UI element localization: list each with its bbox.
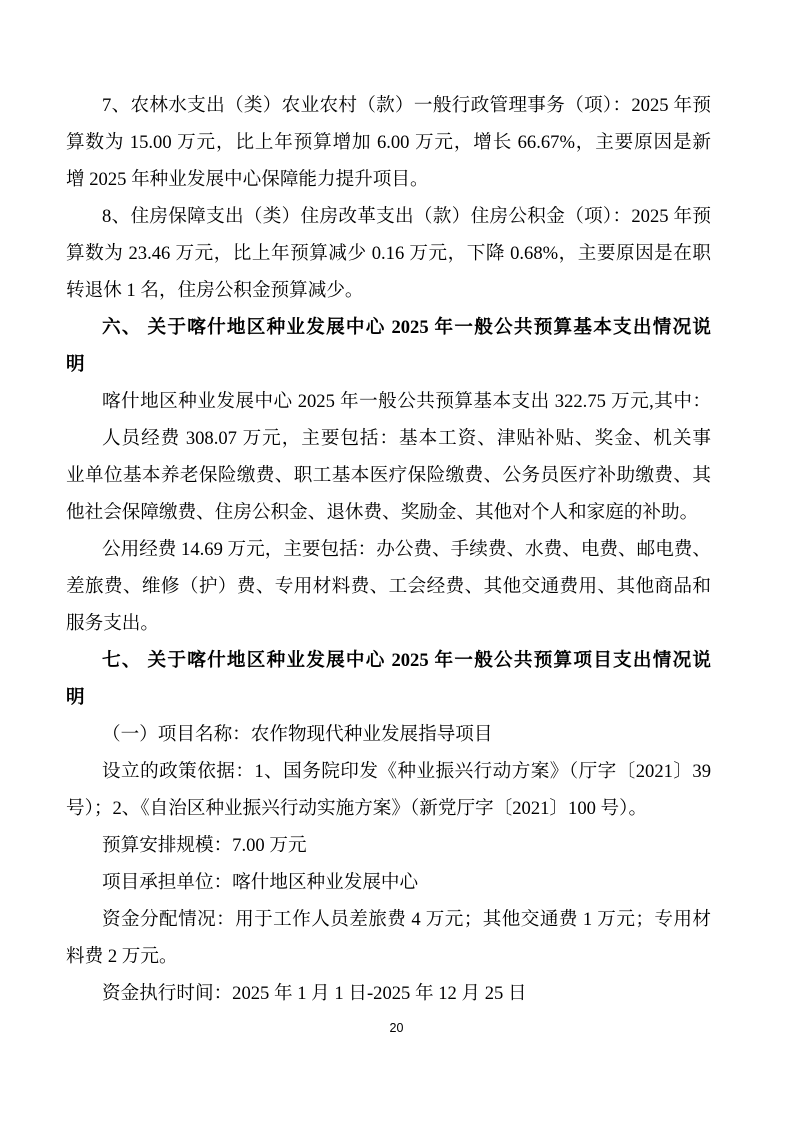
paragraph: 喀什地区种业发展中心 2025 年一般公共预算基本支出 322.75 万元,其中… [66, 383, 711, 420]
text-line: 算数为 15.00 万元，比上年预算增加 6.00 万元，增长 66.67%，主… [66, 124, 711, 161]
text-line: 他社会保障缴费、住房公积金、退休费、奖励金、其他对个人和家庭的补助。 [66, 494, 711, 531]
text-line: 明 [66, 346, 711, 383]
text-line: 8、住房保障支出（类）住房改革支出（款）住房公积金（项）：2025 年预 [66, 198, 711, 235]
text-line: 号）；2、《自治区种业振兴行动实施方案》（新党厅字〔2021〕100 号）。 [66, 790, 711, 827]
text-line: 转退休 1 名，住房公积金预算减少。 [66, 272, 711, 309]
text-line: 业单位基本养老保险缴费、职工基本医疗保险缴费、公务员医疗补助缴费、其 [66, 457, 711, 494]
text-line: 增 2025 年种业发展中心保障能力提升项目。 [66, 161, 711, 198]
paragraph: （一）项目名称：农作物现代种业发展指导项目 [66, 716, 711, 753]
text-line: 设立的政策依据：1、国务院印发《种业振兴行动方案》（厅字〔2021〕39 [66, 753, 711, 790]
text-line: 明 [66, 679, 711, 716]
text-line: 服务支出。 [66, 605, 711, 642]
text-line: 项目承担单位：喀什地区种业发展中心 [66, 864, 711, 901]
text-line: 预算安排规模：7.00 万元 [66, 827, 711, 864]
text-line: 差旅费、维修（护）费、专用材料费、工会经费、其他交通费用、其他商品和 [66, 568, 711, 605]
section-heading: 六、 关于喀什地区种业发展中心 2025 年一般公共预算基本支出情况说明 [66, 309, 711, 383]
page-number: 20 [0, 1020, 793, 1036]
text-line: 7、农林水支出（类）农业农村（款）一般行政管理事务（项）：2025 年预 [66, 87, 711, 124]
paragraph: 公用经费 14.69 万元，主要包括：办公费、手续费、水费、电费、邮电费、差旅费… [66, 531, 711, 642]
paragraph: 资金分配情况：用于工作人员差旅费 4 万元；其他交通费 1 万元；专用材料费 2… [66, 901, 711, 975]
paragraph: 人员经费 308.07 万元，主要包括：基本工资、津贴补贴、奖金、机关事业单位基… [66, 420, 711, 531]
text-line: 资金分配情况：用于工作人员差旅费 4 万元；其他交通费 1 万元；专用材 [66, 901, 711, 938]
text-line: 六、 关于喀什地区种业发展中心 2025 年一般公共预算基本支出情况说 [66, 309, 711, 346]
paragraph: 设立的政策依据：1、国务院印发《种业振兴行动方案》（厅字〔2021〕39号）；2… [66, 753, 711, 827]
text-line: 资金执行时间：2025 年 1 月 1 日-2025 年 12 月 25 日 [66, 975, 711, 1012]
text-line: （一）项目名称：农作物现代种业发展指导项目 [66, 716, 711, 753]
paragraph: 7、农林水支出（类）农业农村（款）一般行政管理事务（项）：2025 年预算数为 … [66, 87, 711, 198]
text-line: 七、 关于喀什地区种业发展中心 2025 年一般公共预算项目支出情况说 [66, 642, 711, 679]
section-heading: 七、 关于喀什地区种业发展中心 2025 年一般公共预算项目支出情况说明 [66, 642, 711, 716]
document-page: 7、农林水支出（类）农业农村（款）一般行政管理事务（项）：2025 年预算数为 … [0, 0, 793, 1122]
document-body: 7、农林水支出（类）农业农村（款）一般行政管理事务（项）：2025 年预算数为 … [66, 87, 711, 1012]
paragraph: 8、住房保障支出（类）住房改革支出（款）住房公积金（项）：2025 年预算数为 … [66, 198, 711, 309]
text-line: 料费 2 万元。 [66, 938, 711, 975]
paragraph: 资金执行时间：2025 年 1 月 1 日-2025 年 12 月 25 日 [66, 975, 711, 1012]
text-line: 公用经费 14.69 万元，主要包括：办公费、手续费、水费、电费、邮电费、 [66, 531, 711, 568]
text-line: 算数为 23.46 万元，比上年预算减少 0.16 万元，下降 0.68%，主要… [66, 235, 711, 272]
text-line: 人员经费 308.07 万元，主要包括：基本工资、津贴补贴、奖金、机关事 [66, 420, 711, 457]
text-line: 喀什地区种业发展中心 2025 年一般公共预算基本支出 322.75 万元,其中… [66, 383, 711, 420]
paragraph: 预算安排规模：7.00 万元 [66, 827, 711, 864]
paragraph: 项目承担单位：喀什地区种业发展中心 [66, 864, 711, 901]
